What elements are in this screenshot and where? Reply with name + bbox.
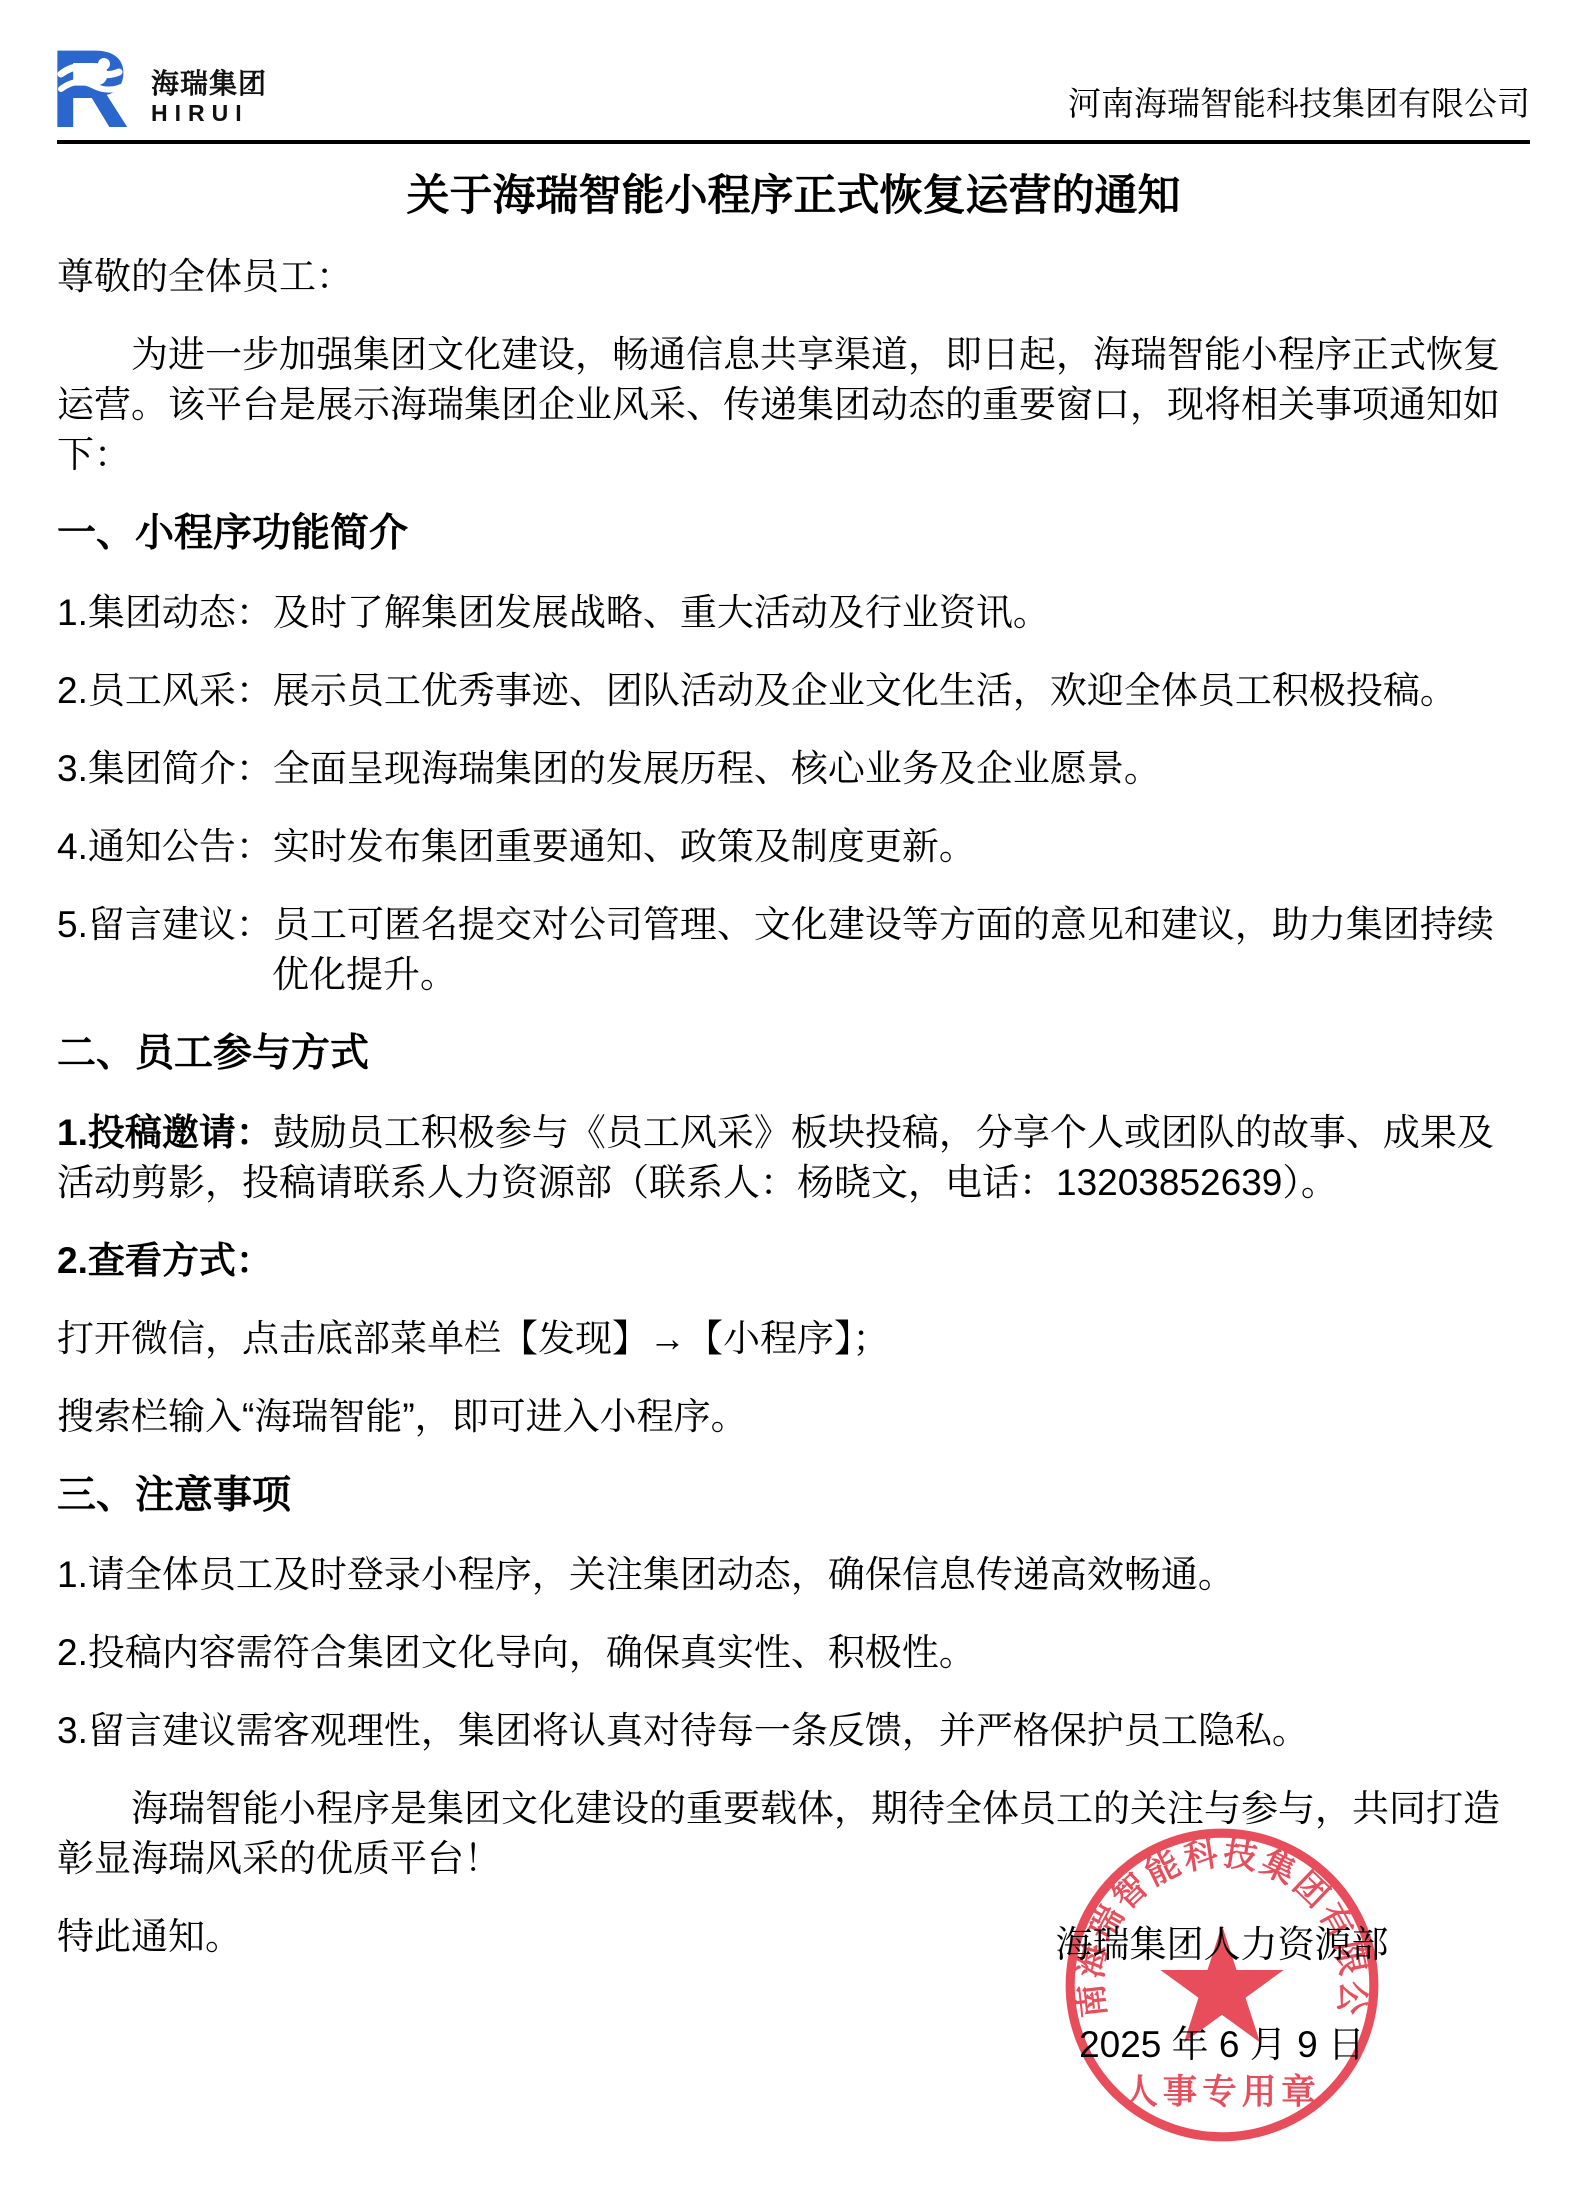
- logo-r-wave-icon: R: [57, 42, 139, 130]
- feature-item-text: 全面呈现海瑞集团的发展历程、核心业务及企业愿景。: [273, 748, 1161, 789]
- note-item: 1.请全体员工及时登录小程序，关注集团动态，确保信息传递高效畅通。: [57, 1550, 1530, 1600]
- feature-item-label: 3.集团简介：: [57, 748, 273, 789]
- document-page: R 海瑞集团 HIRUI 河南海瑞智能科技集团有限公司 关于海瑞智能小程序正式恢…: [0, 0, 1587, 2204]
- feature-item-label: 1.集团动态：: [57, 592, 273, 633]
- closing-paragraph: 海瑞智能小程序是集团文化建设的重要载体，期待全体员工的关注与参与，共同打造彰显海…: [57, 1784, 1530, 1884]
- salutation: 尊敬的全体员工：: [57, 252, 1530, 302]
- invite-text: 鼓励员工积极参与《员工风采》板块投稿，分享个人或团队的故事、成果及活动剪影，投稿…: [57, 1112, 1494, 1203]
- feature-item-text: 员工可匿名提交对公司管理、文化建设等方面的意见和建议，助力集团持续优化提升。: [272, 904, 1494, 995]
- view-label-text: 2.查看方式：: [57, 1240, 273, 1281]
- company-name: 河南海瑞智能科技集团有限公司: [1068, 86, 1530, 130]
- view-method-label: 2.查看方式：: [57, 1236, 1530, 1286]
- feature-item-text: 及时了解集团发展战略、重大活动及行业资讯。: [273, 592, 1050, 633]
- feature-item: 3.集团简介：全面呈现海瑞集团的发展历程、核心业务及企业愿景。: [57, 744, 1530, 794]
- note-item: 2.投稿内容需符合集团文化导向，确保真实性、积极性。: [57, 1628, 1530, 1678]
- feature-item-label: 4.通知公告：: [57, 826, 273, 867]
- feature-item-label: 5.留言建议：: [57, 904, 273, 945]
- notice-title: 关于海瑞智能小程序正式恢复运营的通知: [57, 168, 1530, 224]
- notice-body: 关于海瑞智能小程序正式恢复运营的通知 尊敬的全体员工： 为进一步加强集团文化建设…: [0, 168, 1587, 1962]
- feature-item: 5.留言建议：员工可匿名提交对公司管理、文化建设等方面的意见和建议，助力集团持续…: [57, 900, 1530, 1000]
- logo-cn-text: 海瑞集团: [151, 68, 267, 100]
- feature-item: 1.集团动态：及时了解集团发展战略、重大活动及行业资讯。: [57, 588, 1530, 638]
- seal-bottom-text: 人事专用章: [1123, 2072, 1320, 2111]
- intro-paragraph: 为进一步加强集团文化建设，畅通信息共享渠道，即日起，海瑞智能小程序正式恢复运营。…: [57, 330, 1530, 480]
- signature-department: 海瑞集团人力资源部: [1012, 1922, 1432, 1968]
- feature-item: 4.通知公告：实时发布集团重要通知、政策及制度更新。: [57, 822, 1530, 872]
- signature-block: 海瑞集团人力资源部 2025 年 6 月 9 日: [1012, 1922, 1432, 2068]
- logo-wordmark: 海瑞集团 HIRUI: [151, 68, 267, 130]
- logo-en-text: HIRUI: [151, 100, 267, 128]
- feature-item: 2.员工风采：展示员工优秀事迹、团队活动及企业文化生活，欢迎全体员工积极投稿。: [57, 666, 1530, 716]
- section2-heading: 二、员工参与方式: [57, 1028, 1530, 1080]
- company-logo: R 海瑞集团 HIRUI: [57, 42, 267, 130]
- feature-item-label: 2.员工风采：: [57, 670, 273, 711]
- section3-heading: 三、注意事项: [57, 1470, 1530, 1522]
- view-step: 搜索栏输入“海瑞智能”，即可进入小程序。: [57, 1392, 1530, 1442]
- section1-heading: 一、小程序功能简介: [57, 508, 1530, 560]
- feature-item-text: 展示员工优秀事迹、团队活动及企业文化生活，欢迎全体员工积极投稿。: [273, 670, 1457, 711]
- header-divider: [57, 140, 1530, 144]
- view-step: 打开微信，点击底部菜单栏【发现】→【小程序】；: [57, 1314, 1530, 1364]
- invite-label: 1.投稿邀请：: [57, 1112, 273, 1153]
- signature-date: 2025 年 6 月 9 日: [1012, 2022, 1432, 2068]
- note-item: 3.留言建议需客观理性，集团将认真对待每一条反馈，并严格保护员工隐私。: [57, 1706, 1530, 1756]
- feature-item-text: 实时发布集团重要通知、政策及制度更新。: [273, 826, 976, 867]
- invite-paragraph: 1.投稿邀请：鼓励员工积极参与《员工风采》板块投稿，分享个人或团队的故事、成果及…: [57, 1108, 1530, 1208]
- letterhead: R 海瑞集团 HIRUI 河南海瑞智能科技集团有限公司: [0, 0, 1587, 130]
